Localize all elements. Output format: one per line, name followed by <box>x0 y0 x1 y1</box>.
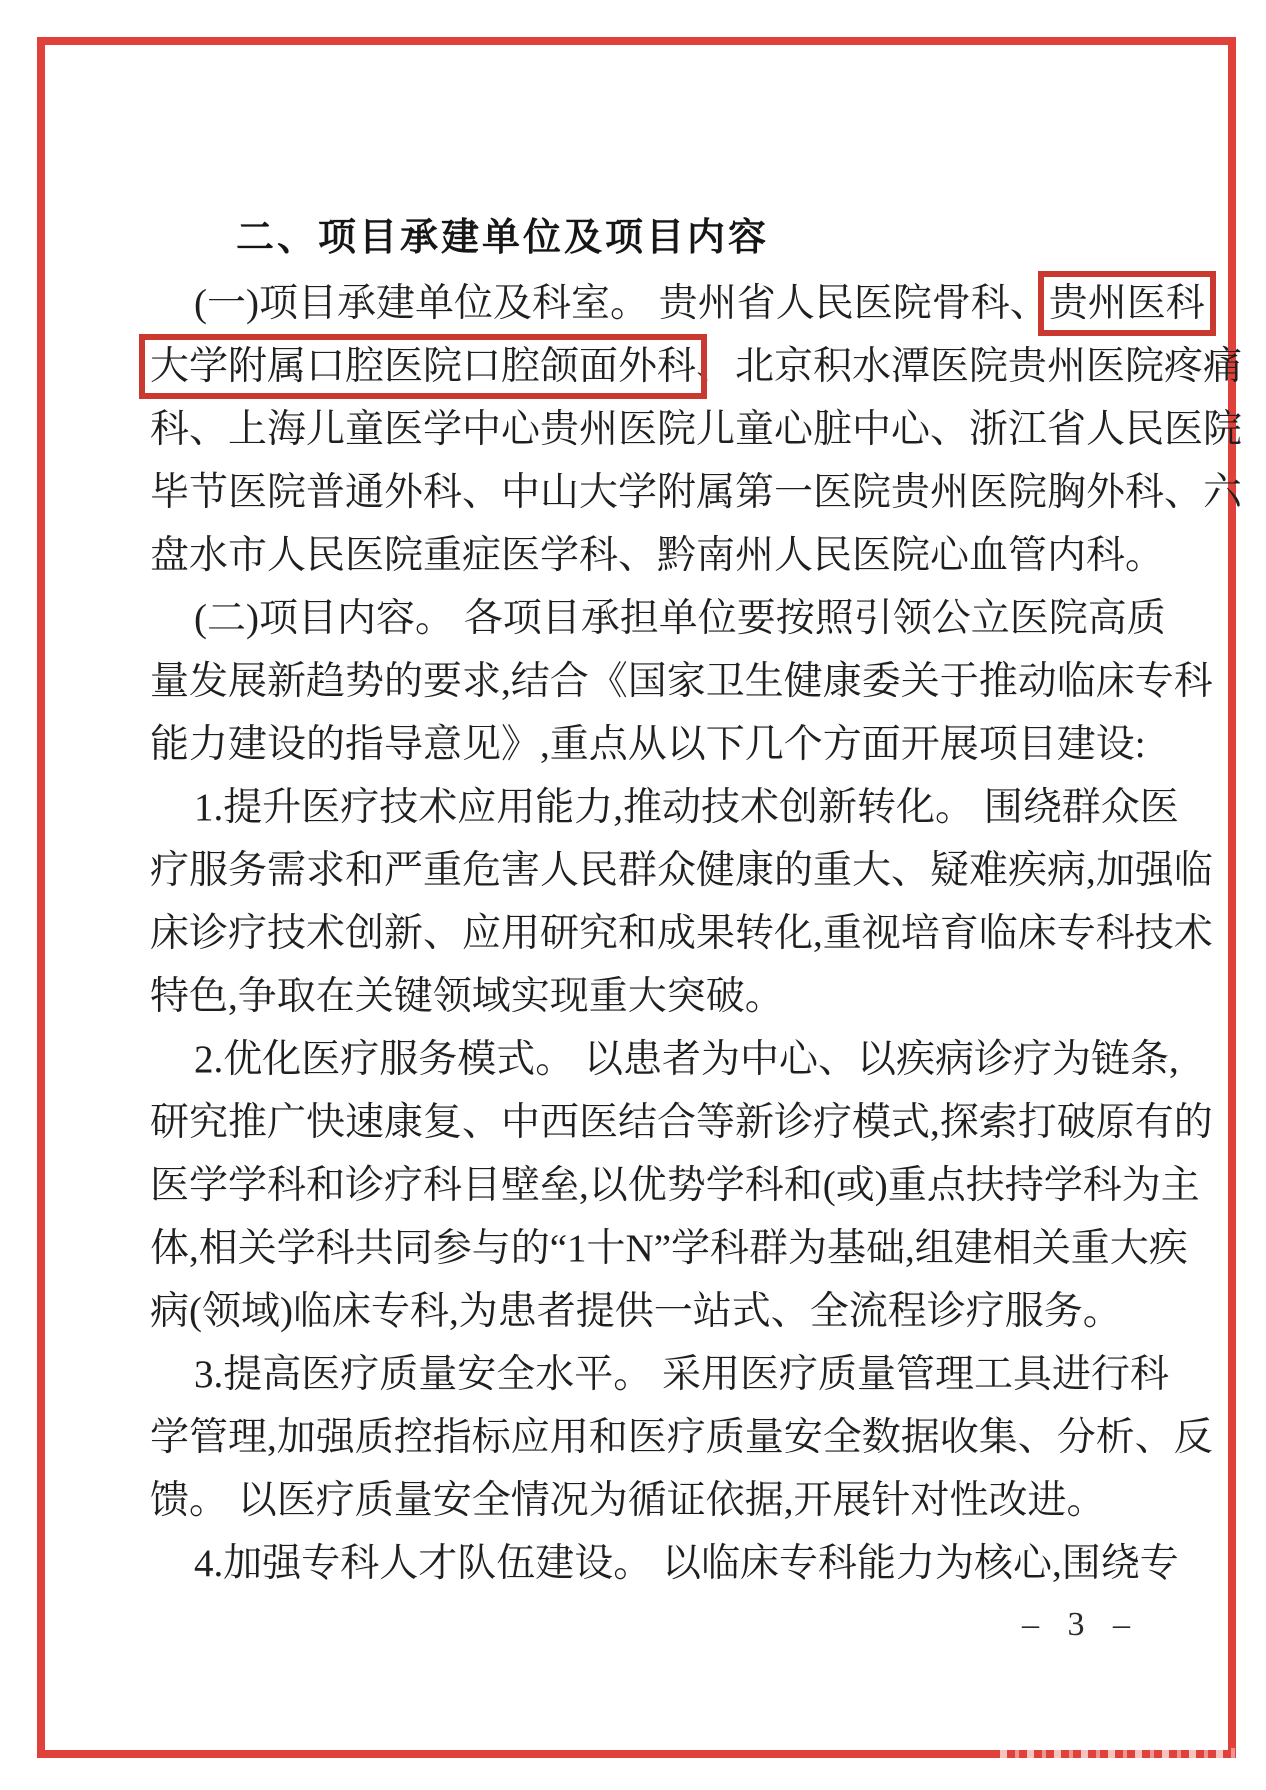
text-segment: 科、上海儿童医学中心贵州医院儿童心脏中心、浙江省人民医院 <box>150 408 1242 451</box>
text-segment: 床诊疗技术创新、应用研究和成果转化,重视培育临床专科技术 <box>150 912 1213 955</box>
document-page: 二、项目承建单位及项目内容 (一)项目承建单位及科室。 贵州省人民医院骨科、贵州… <box>0 0 1266 1790</box>
text-segment: 病(领域)临床专科,为患者提供一站式、全流程诊疗服务。 <box>150 1290 1122 1333</box>
text-line: 疗服务需求和严重危害人民群众健康的重大、疑难疾病,加强临 <box>150 839 1142 902</box>
text-line: 特色,争取在关键领域实现重大突破。 <box>150 965 1142 1028</box>
text-line: 毕节医院普通外科、中山大学附属第一医院贵州医院胸外科、六 <box>150 461 1142 524</box>
highlight-box: 贵州医科 <box>1049 282 1205 325</box>
text-segment: 研究推广快速康复、中西医结合等新诊疗模式,探索打破原有的 <box>150 1101 1213 1144</box>
text-segment: 能力建设的指导意见》,重点从以下几个方面开展项目建设: <box>150 723 1146 766</box>
text-line: 病(领域)临床专科,为患者提供一站式、全流程诊疗服务。 <box>150 1280 1142 1343</box>
text-segment: 毕节医院普通外科、中山大学附属第一医院贵州医院胸外科、六 <box>150 471 1242 514</box>
text-segment: 盘水市人民医院重症医学科、黔南州人民医院心血管内科。 <box>150 534 1164 577</box>
text-line: 体,相关学科共同参与的“1十N”学科群为基础,组建相关重大疾 <box>150 1217 1142 1280</box>
text-line: 医学学科和诊疗科目壁垒,以优势学科和(或)重点扶持学科为主 <box>150 1154 1142 1217</box>
text-line: 4.加强专科人才队伍建设。 以临床专科能力为核心,围绕专 <box>150 1532 1142 1595</box>
highlight-box: 大学附属口腔医院口腔颌面外科 <box>150 345 696 388</box>
text-segment: 学管理,加强质控指标应用和医疗质量安全数据收集、分析、反 <box>150 1416 1213 1459</box>
text-line: 科、上海儿童医学中心贵州医院儿童心脏中心、浙江省人民医院 <box>150 398 1142 461</box>
text-segment: 3.提高医疗质量安全水平。 采用医疗质量管理工具进行科 <box>194 1353 1169 1396</box>
text-segment: 、北京积水潭医院贵州医院疼痛 <box>696 345 1242 388</box>
text-line: 床诊疗技术创新、应用研究和成果转化,重视培育临床专科技术 <box>150 902 1142 965</box>
text-line: 2.优化医疗服务模式。 以患者为中心、以疾病诊疗为链条, <box>150 1028 1142 1091</box>
text-segment: 特色,争取在关键领域实现重大突破。 <box>150 975 784 1018</box>
text-line: 研究推广快速康复、中西医结合等新诊疗模式,探索打破原有的 <box>150 1091 1142 1154</box>
text-segment: 2.优化医疗服务模式。 以患者为中心、以疾病诊疗为链条, <box>194 1038 1179 1081</box>
text-line: 馈。 以医疗质量安全情况为循证依据,开展针对性改进。 <box>150 1469 1142 1532</box>
text-segment: 疗服务需求和严重危害人民群众健康的重大、疑难疾病,加强临 <box>150 849 1213 892</box>
text-line: (二)项目内容。 各项目承担单位要按照引领公立医院高质 <box>150 587 1142 650</box>
text-segment: 医学学科和诊疗科目壁垒,以优势学科和(或)重点扶持学科为主 <box>150 1164 1200 1207</box>
text-segment: 馈。 以医疗质量安全情况为循证依据,开展针对性改进。 <box>150 1479 1106 1522</box>
text-line: 学管理,加强质控指标应用和医疗质量安全数据收集、分析、反 <box>150 1406 1142 1469</box>
document-lines: (一)项目承建单位及科室。 贵州省人民医院骨科、贵州医科大学附属口腔医院口腔颌面… <box>150 272 1142 1595</box>
text-segment: 1.提升医疗技术应用能力,推动技术创新转化。 围绕群众医 <box>194 786 1179 829</box>
text-segment: 量发展新趋势的要求,结合《国家卫生健康委关于推动临床专科 <box>150 660 1213 703</box>
text-segment: 体,相关学科共同参与的“1十N”学科群为基础,组建相关重大疾 <box>150 1227 1188 1270</box>
text-line: 盘水市人民医院重症医学科、黔南州人民医院心血管内科。 <box>150 524 1142 587</box>
section-heading: 二、项目承建单位及项目内容 <box>236 206 769 261</box>
text-segment: (一)项目承建单位及科室。 贵州省人民医院骨科、 <box>194 282 1049 325</box>
text-line: 大学附属口腔医院口腔颌面外科、北京积水潭医院贵州医院疼痛 <box>150 335 1142 398</box>
text-segment: 4.加强专科人才队伍建设。 以临床专科能力为核心,围绕专 <box>194 1542 1179 1585</box>
text-line: 量发展新趋势的要求,结合《国家卫生健康委关于推动临床专科 <box>150 650 1142 713</box>
page-number: – 3 – <box>1022 1606 1140 1644</box>
text-line: 1.提升医疗技术应用能力,推动技术创新转化。 围绕群众医 <box>150 776 1142 839</box>
text-line: (一)项目承建单位及科室。 贵州省人民医院骨科、贵州医科 <box>150 272 1142 335</box>
text-segment: (二)项目内容。 各项目承担单位要按照引领公立医院高质 <box>194 597 1166 640</box>
text-line: 3.提高医疗质量安全水平。 采用医疗质量管理工具进行科 <box>150 1343 1142 1406</box>
watermark-artifact <box>1000 1748 1238 1762</box>
text-line: 能力建设的指导意见》,重点从以下几个方面开展项目建设: <box>150 713 1142 776</box>
